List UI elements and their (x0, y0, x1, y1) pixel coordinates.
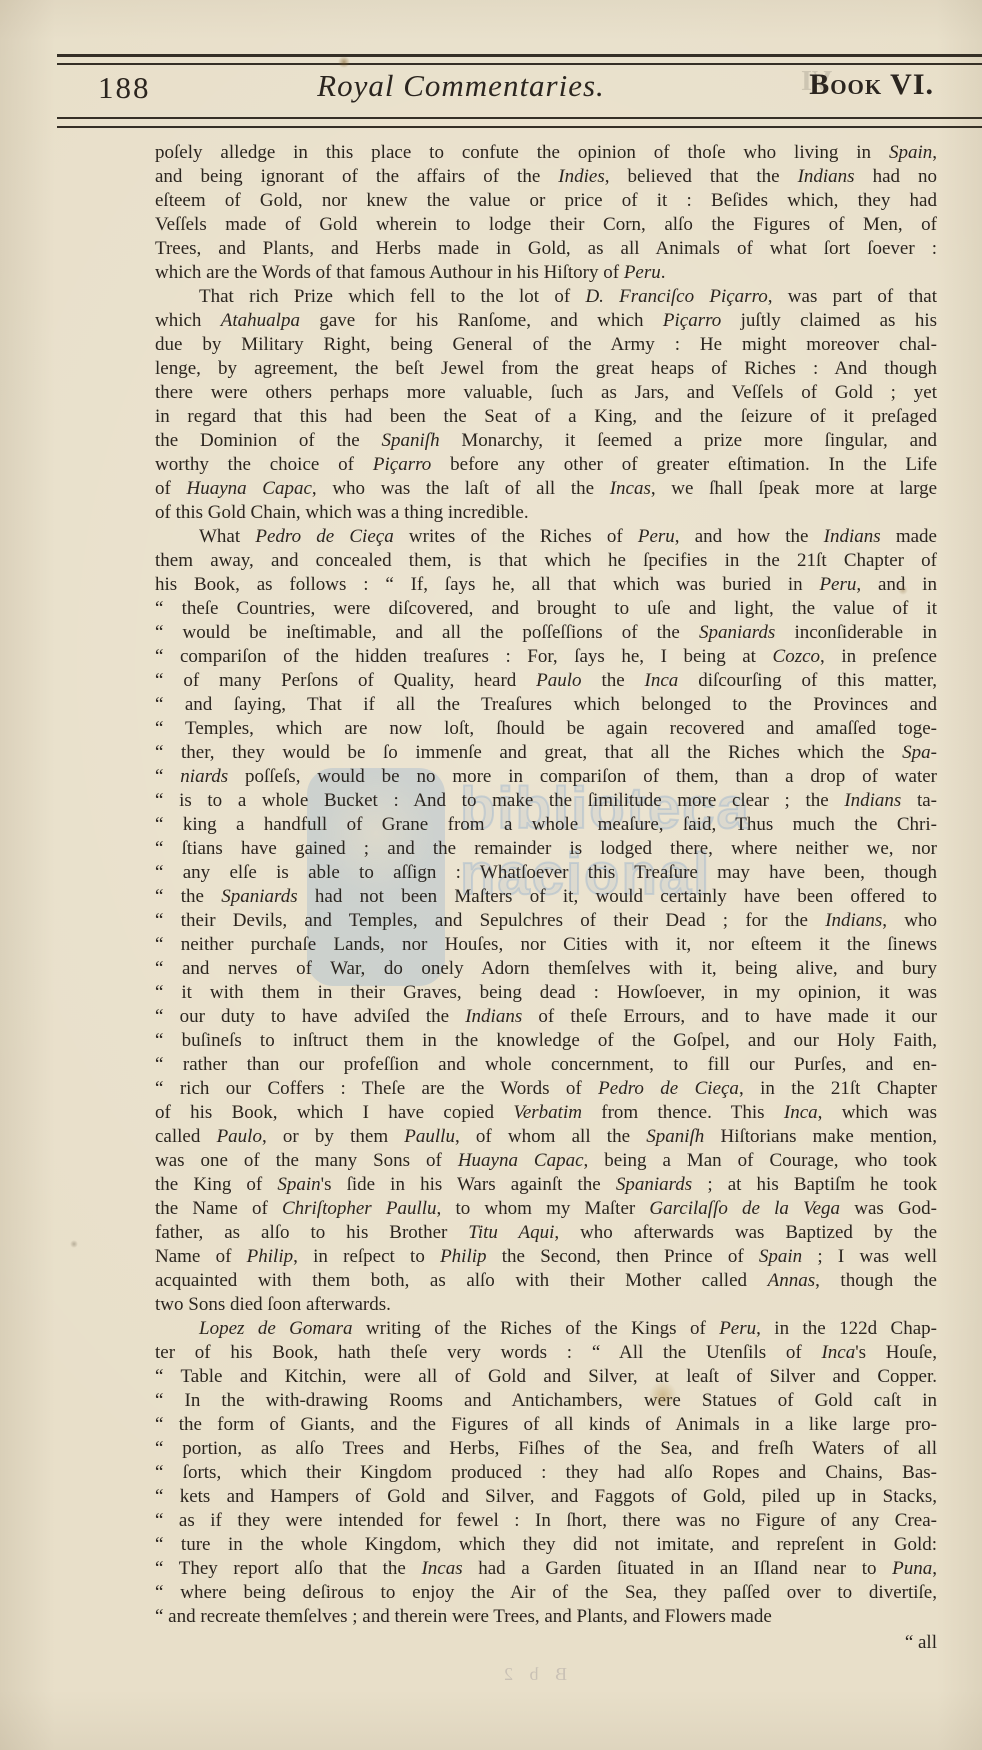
text-line: “ any elſe is able to aſſign : Whatſoeve… (155, 861, 937, 885)
text-line: “ as if they were intended for fewel : I… (155, 1509, 937, 1533)
text-line: Veſſels made of Gold wherein to lodge th… (155, 213, 937, 237)
text-line: “ would be ineſtimable, and all the poſſ… (155, 621, 937, 645)
paragraph: Lopez de Gomara writing of the Riches of… (155, 1317, 937, 1629)
text-line: lenge, by agreement, the beſt Jewel from… (155, 357, 937, 381)
text-line: “ ſorts, which their Kingdom produced : … (155, 1461, 937, 1485)
text-line: That rich Prize which fell to the lot of… (155, 285, 937, 309)
text-line: Name of Philip, in reſpect to Philip the… (155, 1245, 937, 1269)
horizontal-rule (57, 126, 982, 128)
text-line: “ ture in the whole Kingdom, which they … (155, 1533, 937, 1557)
text-line: “ is to a whole Bucket : And to make the… (155, 789, 937, 813)
horizontal-rule (57, 117, 982, 119)
catchword: “ all (155, 1631, 937, 1655)
text-line: “ portion, as alſo Trees and Herbs, Fiſh… (155, 1437, 937, 1461)
text-line: “ ſtians have gained ; and the remainder… (155, 837, 937, 861)
text-line: “ rather than our profeſſion and whole c… (155, 1053, 937, 1077)
text-line: was one of the many Sons of Huayna Capac… (155, 1149, 937, 1173)
text-line: “ the form of Giants, and the Figures of… (155, 1413, 937, 1437)
paper-stain (338, 56, 350, 68)
paragraph: poſely alledge in this place to confute … (155, 141, 937, 285)
paragraph: What Pedro de Cieça writes of the Riches… (155, 525, 937, 1317)
text-line: worthy the choice of Piçarro before any … (155, 453, 937, 477)
text-line: of this Gold Chain, which was a thing in… (155, 501, 937, 525)
text-line: the King of Spain's ſide in his Wars aga… (155, 1173, 937, 1197)
text-line: “ of many Perſons of Quality, heard Paul… (155, 669, 937, 693)
text-line: “ They report alſo that the Incas had a … (155, 1557, 937, 1581)
text-line: “ and ſaying, That if all the Treaſures … (155, 693, 937, 717)
text-line: “ Table and Kitchin, were all of Gold an… (155, 1365, 937, 1389)
text-line: called Paulo, or by them Paullu, of whom… (155, 1125, 937, 1149)
text-line: “ where being deſirous to enjoy the Air … (155, 1581, 937, 1605)
book-page: 188 Royal Commentaries. VI Book VI. bibl… (0, 0, 982, 1750)
text-line: which Atahualpa gave for his Ranſome, an… (155, 309, 937, 333)
text-line: poſely alledge in this place to confute … (155, 141, 937, 165)
text-line: “ ther, they would be ſo immenſe and gre… (155, 741, 937, 765)
text-line: eſteem of Gold, nor knew the value or pr… (155, 189, 937, 213)
text-line: “ it with them in their Graves, being de… (155, 981, 937, 1005)
signature-mark-showthrough: B b 2 (498, 1664, 567, 1685)
text-line: “ niards poſſeſs, would be no more in co… (155, 765, 937, 789)
running-title: Royal Commentaries. (0, 68, 922, 104)
text-line: “ compariſon of the hidden treaſures : F… (155, 645, 937, 669)
text-line: and being ignorant of the affairs of the… (155, 165, 937, 189)
text-line: “ In the with-drawing Rooms and Anticham… (155, 1389, 937, 1413)
text-line: of Huayna Capac, who was the laſt of all… (155, 477, 937, 501)
text-line: “ Temples, which are now loſt, ſhould be… (155, 717, 937, 741)
text-line: “ king a handfull of Grane from a whole … (155, 813, 937, 837)
text-line: ter of his Book, hath theſe very words :… (155, 1341, 937, 1365)
paper-stain (70, 1240, 78, 1248)
text-line: the Name of Chriſtopher Paullu, to whom … (155, 1197, 937, 1221)
text-line: acquainted with them both, as alſo with … (155, 1269, 937, 1293)
text-line: due by Military Right, being General of … (155, 333, 937, 357)
text-line: “ rich our Coffers : Theſe are the Words… (155, 1077, 937, 1101)
horizontal-rule (57, 63, 982, 65)
text-line: there were others perhaps more valuable,… (155, 381, 937, 405)
text-line: “ the Spaniards had not been Maſters of … (155, 885, 937, 909)
horizontal-rule (57, 54, 982, 57)
text-line: Trees, and Plants, and Herbs made in Gol… (155, 237, 937, 261)
text-line: “ buſineſs to inſtruct them in the knowl… (155, 1029, 937, 1053)
text-line: “ kets and Hampers of Gold and Silver, a… (155, 1485, 937, 1509)
text-line: “ their Devils, and Temples, and Sepulch… (155, 909, 937, 933)
text-line: “ our duty to have adviſed the Indians o… (155, 1005, 937, 1029)
text-line: “ neither purchaſe Lands, nor Houſes, no… (155, 933, 937, 957)
book-label: Book VI. (809, 68, 934, 102)
text-line: of his Book, which I have copied Verbati… (155, 1101, 937, 1125)
text-line: What Pedro de Cieça writes of the Riches… (155, 525, 937, 549)
page-body-text: poſely alledge in this place to confute … (155, 141, 937, 1655)
text-line: “ and recreate themſelves ; and therein … (155, 1605, 937, 1629)
paragraph: That rich Prize which fell to the lot of… (155, 285, 937, 525)
text-line: his Book, as follows : “ If, ſays he, al… (155, 573, 937, 597)
text-line: “ and nerves of War, do onely Adorn them… (155, 957, 937, 981)
text-line: in regard that this had been the Seat of… (155, 405, 937, 429)
text-line: which are the Words of that famous Autho… (155, 261, 937, 285)
text-line: Lopez de Gomara writing of the Riches of… (155, 1317, 937, 1341)
text-line: them away, and concealed them, is that w… (155, 549, 937, 573)
text-line: the Dominion of the Spaniſh Monarchy, it… (155, 429, 937, 453)
text-line: father, as alſo to his Brother Titu Aqui… (155, 1221, 937, 1245)
text-line: two Sons died ſoon afterwards. (155, 1293, 937, 1317)
text-line: “ theſe Countries, were diſcovered, and … (155, 597, 937, 621)
